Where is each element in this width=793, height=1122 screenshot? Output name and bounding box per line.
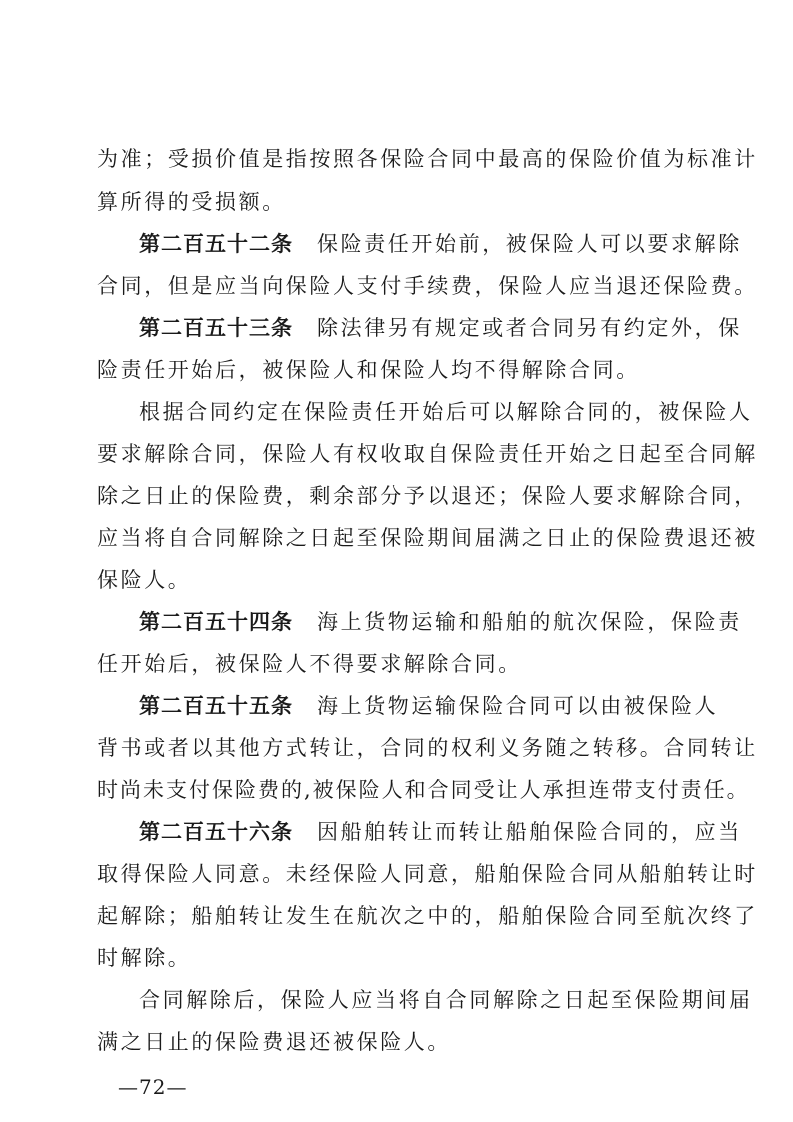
article-text: 海上货物运输和船舶的航次保险，保险责	[317, 610, 742, 634]
paragraph-line: 背书或者以其他方式转让，合同的权利义务随之转移。合同转让	[97, 734, 758, 762]
paragraph-line: 合同，但是应当向保险人支付手续费，保险人应当退还保险费。	[97, 272, 758, 300]
paragraph-line: 保险人。	[97, 566, 191, 594]
article-heading: 第二百五十五条	[139, 694, 293, 718]
paragraph-line: 取得保险人同意。未经保险人同意，船舶保险合同从船舶转让时	[97, 860, 758, 888]
paragraph-line: 满之日止的保险费退还被保险人。	[97, 1028, 451, 1056]
article-heading: 第二百五十三条	[139, 316, 293, 340]
paragraph-line: 时解除。	[97, 944, 191, 972]
article-text: 除法律另有规定或者合同另有约定外，保	[317, 316, 742, 340]
paragraph-line: 算所得的受损额。	[97, 188, 286, 216]
article-text: 因船舶转让而转让船舶保险合同的，应当	[317, 820, 742, 844]
paragraph-line: 为准；受损价值是指按照各保险合同中最高的保险价值为标准计	[97, 145, 758, 173]
article-252: 第二百五十二条保险责任开始前，被保险人可以要求解除	[139, 230, 742, 258]
paragraph-line: 险责任开始后，被保险人和保险人均不得解除合同。	[97, 356, 640, 384]
article-heading: 第二百五十六条	[139, 820, 293, 844]
article-254: 第二百五十四条海上货物运输和船舶的航次保险，保险责	[139, 608, 742, 636]
page-number: —72—	[118, 1075, 187, 1099]
article-255: 第二百五十五条海上货物运输保险合同可以由被保险人	[139, 692, 718, 720]
article-text: 保险责任开始前，被保险人可以要求解除	[317, 232, 742, 256]
article-heading: 第二百五十二条	[139, 232, 293, 256]
paragraph-line: 任开始后，被保险人不得要求解除合同。	[97, 650, 522, 678]
paragraph-line: 要求解除合同，保险人有权收取自保险责任开始之日起至合同解	[97, 440, 758, 468]
paragraph-line: 时尚未支付保险费的,被保险人和合同受让人承担连带支付责任。	[97, 776, 750, 804]
paragraph-line: 根据合同约定在保险责任开始后可以解除合同的，被保险人	[139, 398, 753, 426]
paragraph-line: 除之日止的保险费，剩余部分予以退还；保险人要求解除合同，	[97, 482, 758, 510]
paragraph-line: 起解除；船舶转让发生在航次之中的，船舶保险合同至航次终了	[97, 902, 758, 930]
article-heading: 第二百五十四条	[139, 610, 293, 634]
article-text: 海上货物运输保险合同可以由被保险人	[317, 694, 718, 718]
article-253: 第二百五十三条除法律另有规定或者合同另有约定外，保	[139, 314, 742, 342]
article-256: 第二百五十六条因船舶转让而转让船舶保险合同的，应当	[139, 818, 742, 846]
paragraph-line: 合同解除后，保险人应当将自合同解除之日起至保险期间届	[139, 986, 753, 1014]
paragraph-line: 应当将自合同解除之日起至保险期间届满之日止的保险费退还被	[97, 524, 758, 552]
